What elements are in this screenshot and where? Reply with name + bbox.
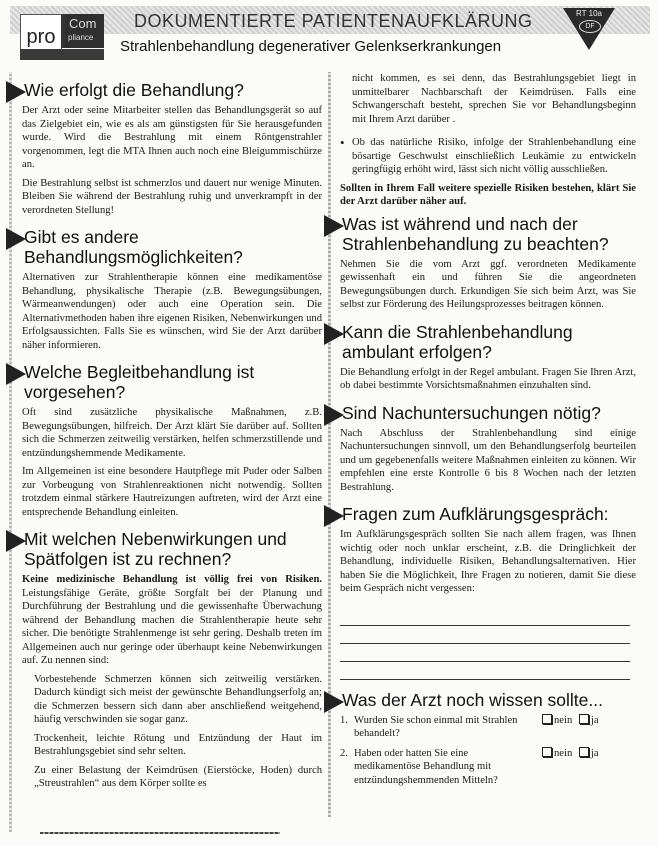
question-text: Haben oder hatten Sie eine medikamentöse… <box>354 747 534 788</box>
section-heading: Was der Arzt noch wissen sollte... <box>342 690 636 710</box>
side-effect-item: Trockenheit, leichte Rötung und Entzündu… <box>34 732 322 759</box>
document-subtitle: Strahlenbehandlung degenerativer Gelenks… <box>120 38 501 55</box>
paragraph: Oft sind zusätzliche physikalische Maßna… <box>22 406 322 460</box>
paragraph: Die Behandlung erfolgt in der Regel ambu… <box>340 366 636 393</box>
procompliance-logo: pro Com pliance <box>20 14 104 60</box>
paragraph: Nehmen Sie die vom Arzt ggf. verordneten… <box>340 258 636 312</box>
section-questions: Fragen zum Aufklärungsgespräch: Im Aufkl… <box>340 504 636 680</box>
section-during-after: Was ist während und nach der Strahlenbeh… <box>340 214 636 312</box>
logo-pro: pro <box>20 14 62 50</box>
left-column: Wie erfolgt die Behandlung? Der Arzt ode… <box>22 80 322 801</box>
notes-line-1[interactable] <box>340 608 630 626</box>
section-heading: Kann die Strahlenbehandlung ambulant erf… <box>342 322 636 362</box>
side-effect-item: Zu einer Belastung der Keimdrüsen (Eiers… <box>34 764 322 791</box>
paragraph: Alternativen zur Strahlentherapie können… <box>22 271 322 352</box>
section-alternatives: Gibt es andere Behandlungsmöglichkeiten?… <box>22 227 322 352</box>
logo-bar <box>20 49 104 60</box>
paragraph: nicht kommen, es sei denn, das Bestrahlu… <box>352 72 636 126</box>
section-arrow-icon <box>6 530 26 552</box>
lead-bold: Keine medizinische Behandlung ist völlig… <box>22 574 322 585</box>
section-arrow-icon <box>324 505 344 527</box>
notes-lines <box>340 608 636 680</box>
section-heading: Welche Begleitbehandlung ist vorgesehen? <box>24 362 322 402</box>
question-2: 2. Haben oder hatten Sie eine medikament… <box>340 747 636 788</box>
section-procedure: Wie erfolgt die Behandlung? Der Arzt ode… <box>22 80 322 217</box>
bullet-item: Ob das natürliche Risiko, infolge der St… <box>340 136 636 177</box>
section-follow-up: Sind Nachuntersuchungen nötig? Nach Absc… <box>340 403 636 495</box>
section-arrow-icon <box>324 323 344 345</box>
notes-line-4[interactable] <box>340 662 630 680</box>
notes-line-2[interactable] <box>340 626 630 644</box>
section-heading: Mit welchen Nebenwirkungen und Spätfolge… <box>24 529 322 569</box>
section-outpatient: Kann die Strahlenbehandlung ambulant erf… <box>340 322 636 393</box>
question-text: Wurden Sie schon einmal mit Strahlen beh… <box>354 714 534 741</box>
section-arrow-icon <box>6 228 26 250</box>
form-code: RT 10a <box>567 9 611 18</box>
side-effect-list: Vorbestehende Schmerzen können sich zeit… <box>22 673 322 791</box>
checkbox-yes[interactable] <box>579 714 589 724</box>
bottom-rule <box>40 832 280 834</box>
form-oval-label: DF <box>579 20 601 33</box>
bold-note: Sollten in Ihrem Fall weitere spezielle … <box>340 182 636 209</box>
scan-edge-left <box>9 72 12 832</box>
section-doctor-should-know: Was der Arzt noch wissen sollte... 1. Wu… <box>340 690 636 788</box>
section-arrow-icon <box>6 81 26 103</box>
question-options: nein ja <box>538 714 599 728</box>
section-heading: Fragen zum Aufklärungsgespräch: <box>342 504 636 524</box>
checkbox-no[interactable] <box>542 714 552 724</box>
paragraph: Im Allgemeinen ist eine besondere Hautpf… <box>22 465 322 519</box>
paragraph: Der Arzt oder seine Mitarbeiter stellen … <box>22 104 322 172</box>
section-heading: Was ist während und nach der Strahlenbeh… <box>342 214 636 254</box>
section-arrow-icon <box>324 404 344 426</box>
question-1: 1. Wurden Sie schon einmal mit Strahlen … <box>340 714 636 741</box>
paragraph: Die Bestrahlung selbst ist schmerzlos un… <box>22 177 322 218</box>
paragraph: Nach Abschluss der Strahlenbehandlung si… <box>340 427 636 495</box>
checkbox-yes[interactable] <box>579 747 589 757</box>
section-side-effects: Mit welchen Nebenwirkungen und Spätfolge… <box>22 529 322 791</box>
side-effects-continued: nicht kommen, es sei denn, das Bestrahlu… <box>340 72 636 126</box>
document-title: DOKUMENTIERTE PATIENTENAUFKLÄRUNG <box>134 11 533 32</box>
risk-bullet: Ob das natürliche Risiko, infolge der St… <box>340 136 636 209</box>
question-options: nein ja <box>538 747 599 761</box>
paragraph: Keine medizinische Behandlung ist völlig… <box>22 573 322 668</box>
lead-rest: Leistungsfähige Geräte, größte Sorgfalt … <box>22 588 322 667</box>
section-accompanying-treatment: Welche Begleitbehandlung ist vorgesehen?… <box>22 362 322 519</box>
section-arrow-icon <box>324 691 344 713</box>
section-heading: Gibt es andere Behandlungsmöglichkeiten? <box>24 227 322 267</box>
paragraph: Im Aufklärungsgespräch sollten Sie nach … <box>340 528 636 596</box>
notes-line-3[interactable] <box>340 644 630 662</box>
section-arrow-icon <box>324 215 344 237</box>
section-heading: Sind Nachuntersuchungen nötig? <box>342 403 636 423</box>
section-arrow-icon <box>6 363 26 385</box>
logo-compliance: Com pliance <box>65 14 104 48</box>
right-column: nicht kommen, es sei denn, das Bestrahlu… <box>340 72 636 797</box>
section-heading: Wie erfolgt die Behandlung? <box>24 80 322 100</box>
side-effect-item: Vorbestehende Schmerzen können sich zeit… <box>34 673 322 727</box>
checkbox-no[interactable] <box>542 747 552 757</box>
